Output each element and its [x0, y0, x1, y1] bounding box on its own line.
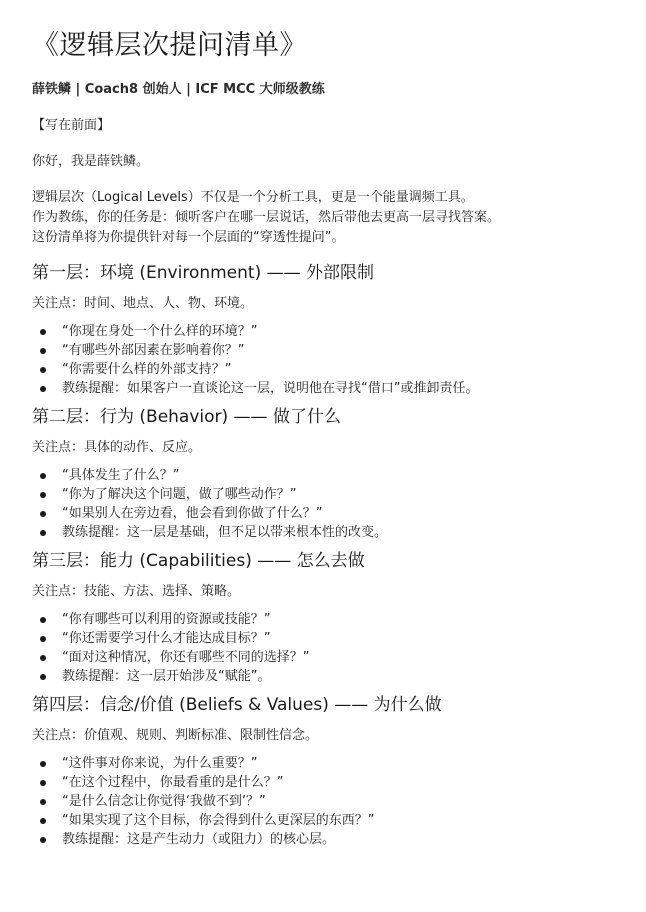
list-item: “具体发生了什么？” [40, 466, 614, 485]
list-item-text: “如果实现了这个目标，你会得到什么更深层的东西？” [62, 813, 374, 828]
list-item: “如果别人在旁边看，他会看到你做了什么？” [40, 504, 614, 523]
section-focus: 关注点：价值观、规则、判断标准、限制性信念。 [32, 726, 614, 746]
list-item-text: 教练提醒：这一层是基础，但不足以带来根本性的改变。 [62, 525, 387, 540]
section-behavior: 第二层：行为 (Behavior) —— 做了什么 关注点：具体的动作、反应。 … [32, 404, 614, 542]
question-list: “具体发生了什么？” “你为了解决这个问题，做了哪些动作？” “如果别人在旁边看… [32, 466, 614, 542]
intro-line: 这份清单将为你提供针对每一个层面的“穿透性提问”。 [32, 228, 614, 248]
bullet-icon [40, 636, 46, 642]
document-title: 《逻辑层次提问清单》 [32, 26, 614, 66]
section-focus: 关注点：技能、方法、选择、策略。 [32, 582, 614, 602]
list-item-text: 教练提醒：这是产生动力（或阻力）的核心层。 [62, 832, 335, 847]
bullet-icon [40, 674, 46, 680]
list-item-text: “具体发生了什么？” [62, 468, 179, 483]
bullet-icon [40, 367, 46, 373]
list-item: 教练提醒：这是产生动力（或阻力）的核心层。 [40, 830, 614, 849]
section-heading: 第四层：信念/价值 (Beliefs & Values) —— 为什么做 [32, 692, 614, 718]
list-item: “你需要什么样的外部支持？” [40, 360, 614, 379]
list-item: “有哪些外部因素在影响着你？” [40, 341, 614, 360]
list-item-text: “面对这种情况，你还有哪些不同的选择？” [62, 650, 309, 665]
list-item: “你还需要学习什么才能达成目标？” [40, 629, 614, 648]
list-item: “如果实现了这个目标，你会得到什么更深层的东西？” [40, 811, 614, 830]
section-heading: 第三层：能力 (Capabilities) —— 怎么去做 [32, 548, 614, 574]
list-item: “你为了解决这个问题，做了哪些动作？” [40, 485, 614, 504]
bullet-icon [40, 386, 46, 392]
list-item: 教练提醒：如果客户一直谈论这一层，说明他在寻找“借口”或推卸责任。 [40, 379, 614, 398]
list-item: “你现在身处一个什么样的环境？” [40, 322, 614, 341]
bullet-icon [40, 530, 46, 536]
list-item-text: “你有哪些可以利用的资源或技能？” [62, 612, 270, 627]
bullet-icon [40, 511, 46, 517]
bullet-icon [40, 818, 46, 824]
bullet-icon [40, 761, 46, 767]
list-item-text: “有哪些外部因素在影响着你？” [62, 343, 244, 358]
bullet-icon [40, 492, 46, 498]
bullet-icon [40, 617, 46, 623]
section-heading: 第二层：行为 (Behavior) —— 做了什么 [32, 404, 614, 430]
list-item-text: “你为了解决这个问题，做了哪些动作？” [62, 487, 296, 502]
bullet-icon [40, 799, 46, 805]
list-item-text: 教练提醒：如果客户一直谈论这一层，说明他在寻找“借口”或推卸责任。 [62, 381, 478, 396]
intro-paragraph: 逻辑层次（Logical Levels）不仅是一个分析工具，更是一个能量调频工具… [32, 188, 614, 248]
list-item-text: “你现在身处一个什么样的环境？” [62, 324, 257, 339]
list-item-text: “你需要什么样的外部支持？” [62, 362, 231, 377]
list-item-text: “你还需要学习什么才能达成目标？” [62, 631, 270, 646]
section-focus: 关注点：具体的动作、反应。 [32, 438, 614, 458]
bullet-icon [40, 348, 46, 354]
list-item: “你有哪些可以利用的资源或技能？” [40, 610, 614, 629]
section-environment: 第一层：环境 (Environment) —— 外部限制 关注点：时间、地点、人… [32, 260, 614, 398]
bullet-icon [40, 837, 46, 843]
section-heading: 第一层：环境 (Environment) —— 外部限制 [32, 260, 614, 286]
list-item-text: “在这个过程中，你最看重的是什么？” [62, 775, 283, 790]
bullet-icon [40, 473, 46, 479]
list-item-text: 教练提醒：这一层开始涉及“赋能”。 [62, 669, 270, 684]
author-byline: 薛铁鳞 | Coach8 创始人 | ICF MCC 大师级教练 [32, 80, 614, 100]
list-item-text: “是什么信念让你觉得‘我做不到’？” [62, 794, 266, 809]
list-item: “是什么信念让你觉得‘我做不到’？” [40, 792, 614, 811]
preface-heading: 【写在前面】 [32, 116, 614, 136]
question-list: “你有哪些可以利用的资源或技能？” “你还需要学习什么才能达成目标？” “面对这… [32, 610, 614, 686]
section-focus: 关注点：时间、地点、人、物、环境。 [32, 294, 614, 314]
section-capabilities: 第三层：能力 (Capabilities) —— 怎么去做 关注点：技能、方法、… [32, 548, 614, 686]
list-item: 教练提醒：这一层开始涉及“赋能”。 [40, 667, 614, 686]
question-list: “你现在身处一个什么样的环境？” “有哪些外部因素在影响着你？” “你需要什么样… [32, 322, 614, 398]
list-item: “这件事对你来说，为什么重要？” [40, 754, 614, 773]
section-beliefs-values: 第四层：信念/价值 (Beliefs & Values) —— 为什么做 关注点… [32, 692, 614, 849]
list-item: “在这个过程中，你最看重的是什么？” [40, 773, 614, 792]
list-item: “面对这种情况，你还有哪些不同的选择？” [40, 648, 614, 667]
bullet-icon [40, 329, 46, 335]
bullet-icon [40, 655, 46, 661]
list-item-text: “这件事对你来说，为什么重要？” [62, 756, 257, 771]
intro-line: 作为教练，你的任务是：倾听客户在哪一层说话，然后带他去更高一层寻找答案。 [32, 208, 614, 228]
list-item-text: “如果别人在旁边看，他会看到你做了什么？” [62, 506, 322, 521]
list-item: 教练提醒：这一层是基础，但不足以带来根本性的改变。 [40, 523, 614, 542]
intro-line: 逻辑层次（Logical Levels）不仅是一个分析工具，更是一个能量调频工具… [32, 188, 614, 208]
document-page: 《逻辑层次提问清单》 薛铁鳞 | Coach8 创始人 | ICF MCC 大师… [0, 0, 646, 849]
greeting: 你好，我是薛铁鳞。 [32, 152, 614, 172]
bullet-icon [40, 780, 46, 786]
question-list: “这件事对你来说，为什么重要？” “在这个过程中，你最看重的是什么？” “是什么… [32, 754, 614, 849]
